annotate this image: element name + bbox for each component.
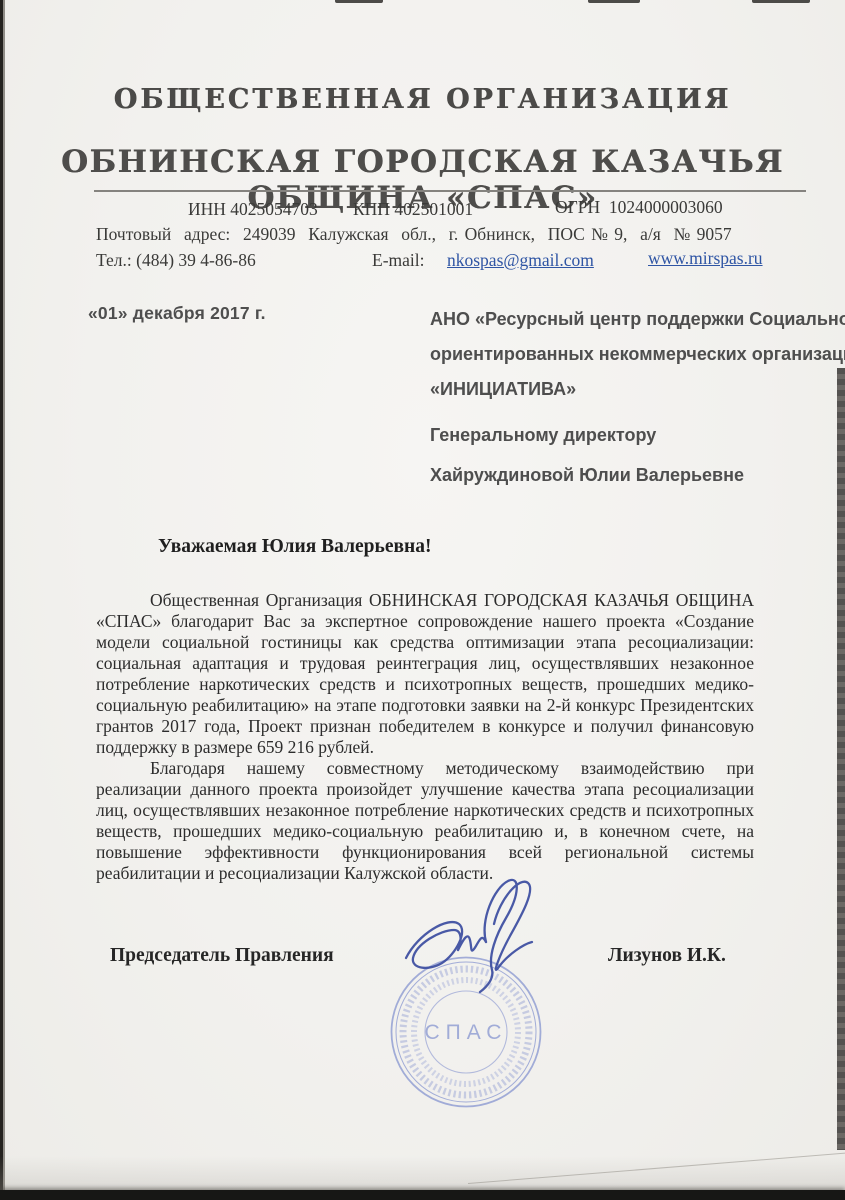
website-link[interactable]: www.mirspas.ru [648, 248, 763, 269]
scan-top-mark [335, 0, 383, 3]
email-link[interactable]: nkospas@gmail.com [447, 250, 594, 271]
letter-body: Общественная Организация ОБНИНСКАЯ ГОРОД… [96, 590, 754, 884]
scan-edge-bottom [0, 1190, 845, 1200]
addressee-org-line: «ИНИЦИАТИВА» [430, 372, 830, 407]
letter-date: «01» декабря 2017 г. [88, 303, 266, 324]
scanned-letter-page: ОБЩЕСТВЕННАЯ ОРГАНИЗАЦИЯ ОБНИНСКАЯ ГОРОД… [0, 0, 845, 1200]
scan-bottom-shade [0, 1156, 845, 1190]
signature-ink [398, 872, 573, 1004]
org-type-heading: ОБЩЕСТВЕННАЯ ОРГАНИЗАЦИЯ [0, 84, 845, 115]
stamp-center-text: СПАС [425, 1021, 508, 1044]
recipient-position: Генеральному директору [430, 425, 656, 446]
addressee-org-line: ориентированных некоммерческих организац… [430, 337, 830, 372]
body-paragraph-2: Благодаря нашему совместному методическо… [96, 758, 754, 884]
inn-value: ИНН 4025054703 [188, 199, 318, 220]
scan-top-mark [752, 0, 810, 3]
signoff-name: Лизунов И.К. [608, 945, 726, 967]
signoff-position: Председатель Правления [110, 945, 334, 967]
phone-number: Тел.: (484) 39 4-86-86 [96, 250, 256, 271]
salutation: Уважаемая Юлия Валерьевна! [158, 536, 432, 558]
kpp-value: КПП 402501001 [353, 199, 473, 220]
postal-address: Почтовый адрес: 249039 Калужская обл., г… [96, 224, 732, 245]
body-paragraph-1: Общественная Организация ОБНИНСКАЯ ГОРОД… [96, 590, 754, 758]
addressee-org: АНО «Ресурсный центр поддержки Социально… [430, 302, 830, 407]
recipient-name: Хайруждиновой Юлии Валерьевне [430, 465, 744, 486]
letterhead-divider [94, 190, 806, 192]
ogrn-value: ОГРН 1024000003060 [555, 197, 723, 218]
email-label: E-mail: [372, 250, 424, 271]
addressee-org-line: АНО «Ресурсный центр поддержки Социально [430, 302, 830, 337]
scan-top-mark [588, 0, 640, 3]
scan-edge-right [837, 368, 845, 1150]
